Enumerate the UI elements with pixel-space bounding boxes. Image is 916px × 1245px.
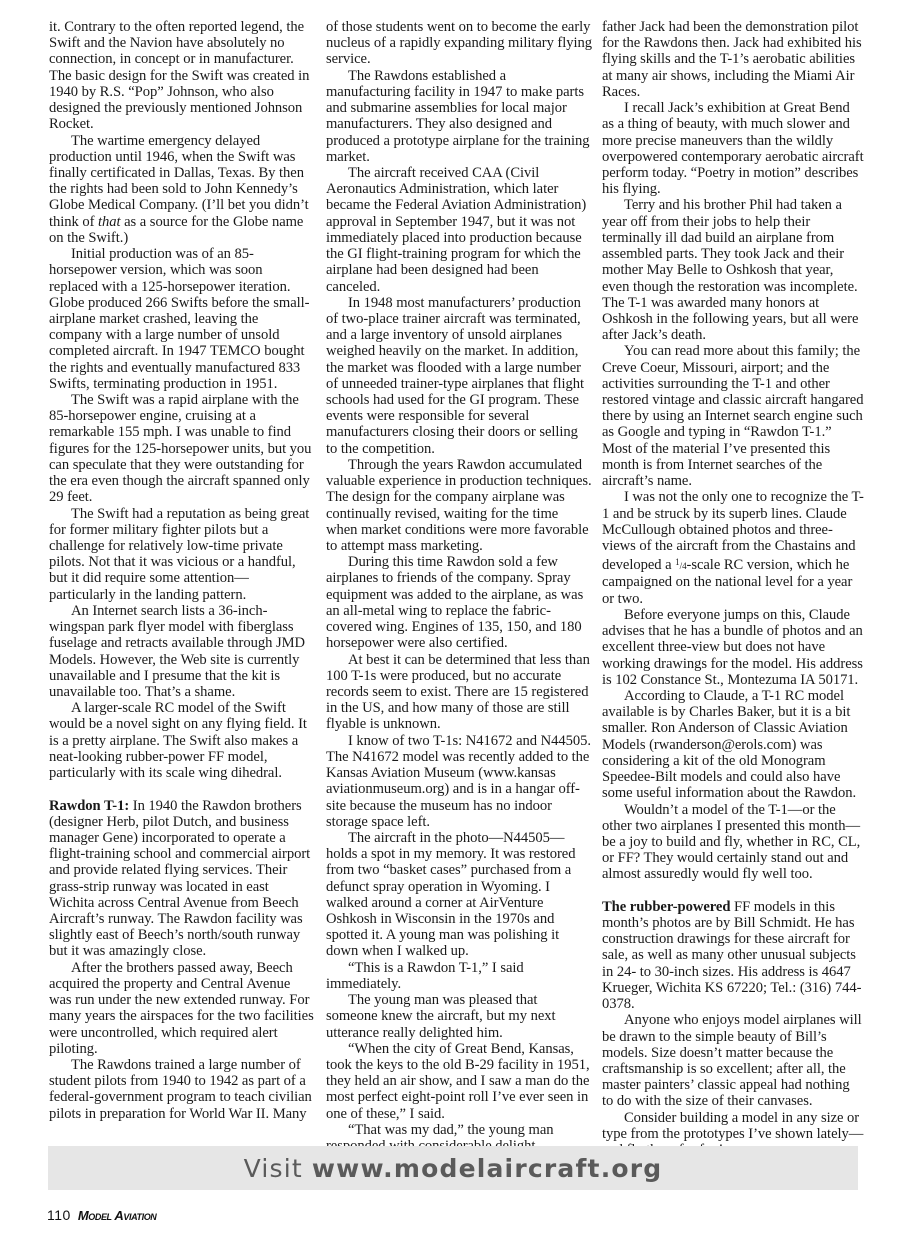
paragraph: “When the city of Great Bend, Kansas, to… — [326, 1041, 592, 1122]
paragraph: it. Contrary to the often reported legen… — [49, 19, 315, 133]
paragraph: An Internet search lists a 36-inch-wings… — [49, 603, 315, 700]
article-column-1: it. Contrary to the often reported legen… — [49, 19, 315, 1122]
paragraph: of those students went on to become the … — [326, 19, 592, 68]
section-heading: Rawdon T-1: — [49, 798, 129, 814]
paragraph: The Swift was a rapid airplane with the … — [49, 392, 315, 506]
section-rawdon-t1: Rawdon T-1: In 1940 the Rawdon brothers … — [49, 798, 315, 960]
paragraph: The aircraft in the photo—N44505—holds a… — [326, 830, 592, 960]
paragraph: Through the years Rawdon accumulated val… — [326, 457, 592, 554]
paragraph: The wartime emergency delayed production… — [49, 133, 315, 247]
visit-website-banner: Visit www.modelaircraft.org — [48, 1146, 858, 1190]
paragraph: Wouldn’t a model of the T-1—or the other… — [602, 802, 864, 883]
article-column-3: father Jack had been the demonstration p… — [602, 19, 864, 1159]
paragraph: In 1948 most manufacturers’ production o… — [326, 295, 592, 457]
paragraph: The Swift had a reputation as being grea… — [49, 506, 315, 603]
paragraph: Anyone who enjoys model airplanes will b… — [602, 1012, 864, 1109]
emphasis: that — [98, 214, 121, 230]
paragraph: A larger-scale RC model of the Swift wou… — [49, 700, 315, 781]
paragraph: Before everyone jumps on this, Claude ad… — [602, 607, 864, 688]
paragraph: During this time Rawdon sold a few airpl… — [326, 554, 592, 651]
magazine-name: Model Aviation — [78, 1208, 157, 1223]
paragraph: Terry and his brother Phil had taken a y… — [602, 197, 864, 343]
paragraph: The Rawdons trained a large number of st… — [49, 1057, 315, 1122]
paragraph: Initial production was of an 85-horsepow… — [49, 246, 315, 392]
banner-visit-label: Visit — [244, 1154, 303, 1183]
paragraph: I was not the only one to recognize the … — [602, 489, 864, 607]
page-footer: 110 Model Aviation — [47, 1207, 156, 1223]
paragraph: I know of two T-1s: N41672 and N44505. T… — [326, 733, 592, 830]
paragraph: “This is a Rawdon T-1,” I said immediate… — [326, 960, 592, 992]
section-heading: The rubber-powered — [602, 899, 730, 915]
magazine-page: it. Contrary to the often reported legen… — [0, 0, 916, 1245]
banner-url-link[interactable]: www.modelaircraft.org — [312, 1154, 663, 1183]
paragraph: After the brothers passed away, Beech ac… — [49, 960, 315, 1057]
section-rubber-powered: The rubber-powered FF models in this mon… — [602, 899, 864, 1013]
paragraph: I recall Jack’s exhibition at Great Bend… — [602, 100, 864, 197]
page-number: 110 — [47, 1207, 71, 1223]
paragraph: father Jack had been the demonstration p… — [602, 19, 864, 100]
paragraph: At best it can be determined that less t… — [326, 652, 592, 733]
article-column-2: of those students went on to become the … — [326, 19, 592, 1171]
paragraph: The Rawdons established a manufacturing … — [326, 68, 592, 165]
paragraph: You can read more about this family; the… — [602, 343, 864, 489]
paragraph: The young man was pleased that someone k… — [326, 992, 592, 1041]
paragraph: According to Claude, a T-1 RC model avai… — [602, 688, 864, 802]
paragraph: The aircraft received CAA (Civil Aeronau… — [326, 165, 592, 295]
